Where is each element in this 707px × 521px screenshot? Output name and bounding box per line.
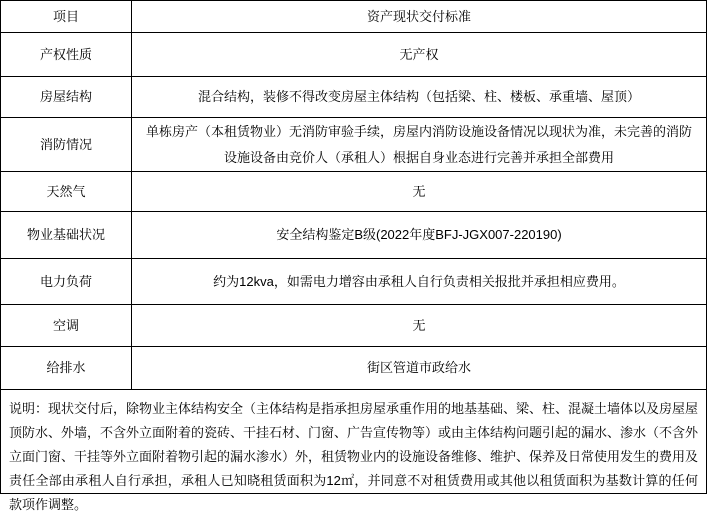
table-row-natural-gas: 天然气 无	[1, 172, 706, 212]
row-value: 街区管道市政给水	[132, 347, 706, 389]
row-value: 无	[132, 172, 706, 211]
document-page: 项目 资产现状交付标准 产权性质 无产权 房屋结构 混合结构，装修不得改变房屋主…	[0, 0, 707, 494]
row-label: 产权性质	[1, 33, 132, 76]
table-row-electric-load: 电力负荷 约为12kva，如需电力增容由承租人自行负责相关报批并承担相应费用。	[1, 259, 706, 305]
row-label: 给排水	[1, 347, 132, 389]
row-label: 电力负荷	[1, 259, 132, 304]
table-row-property-rights: 产权性质 无产权	[1, 33, 706, 77]
delivery-standard-table: 项目 资产现状交付标准 产权性质 无产权 房屋结构 混合结构，装修不得改变房屋主…	[0, 0, 707, 494]
note-row: 说明：现状交付后，除物业主体结构安全（主体结构是指承担房屋承重作用的地基基础、梁…	[1, 390, 706, 521]
row-value: 混合结构，装修不得改变房屋主体结构（包括梁、柱、楼板、承重墙、屋顶）	[132, 77, 706, 117]
row-label: 天然气	[1, 172, 132, 211]
table-row-property-condition: 物业基础状况 安全结构鉴定B级(2022年度BFJ-JGX007-220190)	[1, 212, 706, 259]
row-label: 空调	[1, 305, 132, 346]
row-value: 安全结构鉴定B级(2022年度BFJ-JGX007-220190)	[132, 212, 706, 258]
row-value: 约为12kva，如需电力增容由承租人自行负责相关报批并承担相应费用。	[132, 259, 706, 304]
table-row-air-conditioning: 空调 无	[1, 305, 706, 347]
row-label: 房屋结构	[1, 77, 132, 117]
table-row-building-structure: 房屋结构 混合结构，装修不得改变房屋主体结构（包括梁、柱、楼板、承重墙、屋顶）	[1, 77, 706, 118]
row-label: 消防情况	[1, 118, 132, 171]
header-label-cell: 项目	[1, 1, 132, 32]
table-header-row: 项目 资产现状交付标准	[1, 1, 706, 33]
row-label: 物业基础状况	[1, 212, 132, 258]
row-value: 单栋房产（本租赁物业）无消防审验手续，房屋内消防设施设备情况以现状为准，未完善的…	[132, 118, 706, 171]
row-value: 无	[132, 305, 706, 346]
row-value: 无产权	[132, 33, 706, 76]
header-value-cell: 资产现状交付标准	[132, 1, 706, 32]
table-row-water-supply: 给排水 街区管道市政给水	[1, 347, 706, 390]
table-row-fire-safety: 消防情况 单栋房产（本租赁物业）无消防审验手续，房屋内消防设施设备情况以现状为准…	[1, 118, 706, 172]
